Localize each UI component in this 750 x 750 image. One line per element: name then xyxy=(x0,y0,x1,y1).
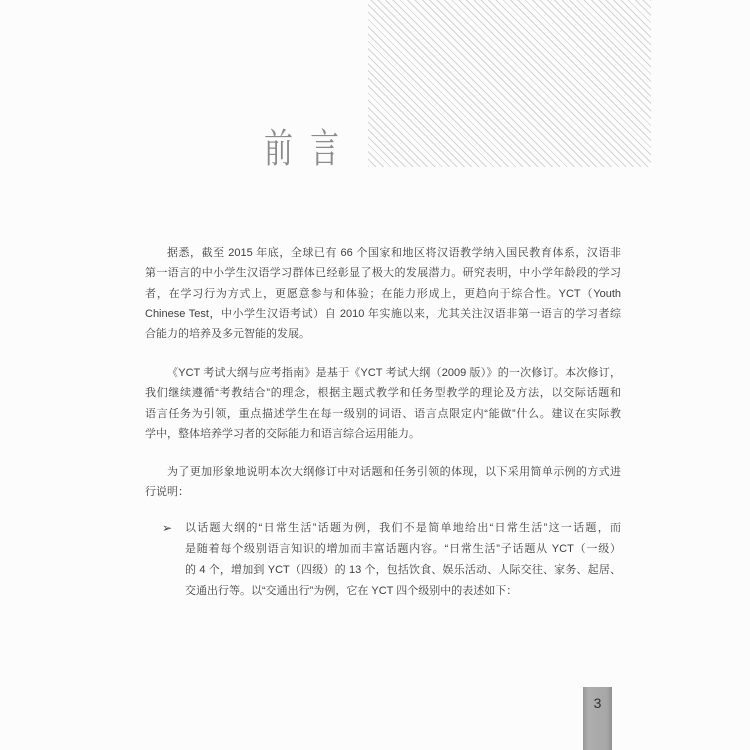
text-line: 为了更加形象地说明本次大纲修订中对话题和任务引领的体现，以下采用简单示例的方式进 xyxy=(145,462,621,482)
bullet-item: ➢ 以话题大纲的“日常生活”话题为例，我们不是简单地给出“日常生活”这一话题，而… xyxy=(160,518,621,602)
text-line: 合能力的培养及多元智能的发展。 xyxy=(145,324,621,344)
page-title: 前言 xyxy=(264,127,356,171)
page-number: 3 xyxy=(594,695,602,711)
text-line: 者，在学习行为方式上，更愿意参与和体验；在能力形成上，更趋向于综合性。YCT（Y… xyxy=(145,284,621,304)
paragraph-1: 据悉，截至 2015 年底，全球已有 66 个国家和地区将汉语教学纳入国民教育体… xyxy=(145,243,621,344)
text-line: Chinese Test，中小学生汉语考试）自 2010 年实施以来，尤其关注汉… xyxy=(145,304,621,324)
text-line: 据悉，截至 2015 年底，全球已有 66 个国家和地区将汉语教学纳入国民教育体… xyxy=(145,243,621,263)
text-line: 以话题大纲的“日常生活”话题为例，我们不是简单地给出“日常生活”这一话题，而 xyxy=(185,518,621,539)
text-line: 的 4 个，增加到 YCT（四级）的 13 个，包括饮食、娱乐活动、人际交往、家… xyxy=(185,560,621,581)
bullet-text: 以话题大纲的“日常生活”话题为例，我们不是简单地给出“日常生活”这一话题，而 是… xyxy=(185,518,621,602)
paragraph-2: 《YCT 考试大纲与应考指南》是基于《YCT 考试大纲（2009 版）》的一次修… xyxy=(145,363,621,444)
text-line: 第一语言的中小学生汉语学习群体已经彰显了极大的发展潜力。研究表明，中小学年龄段的… xyxy=(145,263,621,283)
text-line: 语言任务为引领，重点描述学生在每一级别的词语、语言点限定内“能做”什么。建议在实… xyxy=(145,404,621,424)
document-page: 前言 据悉，截至 2015 年底，全球已有 66 个国家和地区将汉语教学纳入国民… xyxy=(0,0,750,750)
text-line: 我们继续遵循“考教结合”的理念，根据主题式教学和任务型教学的理论及方法，以交际话… xyxy=(145,383,621,403)
text-line: 《YCT 考试大纲与应考指南》是基于《YCT 考试大纲（2009 版）》的一次修… xyxy=(145,363,621,383)
page-number-tab: 3 xyxy=(583,687,612,750)
diagonal-hatch-decoration xyxy=(368,0,651,167)
paragraph-3: 为了更加形象地说明本次大纲修订中对话题和任务引领的体现，以下采用简单示例的方式进… xyxy=(145,462,621,503)
text-line: 交通出行等。以“交通出行”为例，它在 YCT 四个级别中的表述如下： xyxy=(185,581,621,602)
text-line: 行说明： xyxy=(145,482,621,502)
text-line: 学中，整体培养学习者的交际能力和语言综合运用能力。 xyxy=(145,424,621,444)
text-line: 是随着每个级别语言知识的增加而丰富话题内容。“日常生活”子话题从 YCT（一级） xyxy=(185,539,621,560)
arrow-bullet-icon: ➢ xyxy=(162,521,172,535)
